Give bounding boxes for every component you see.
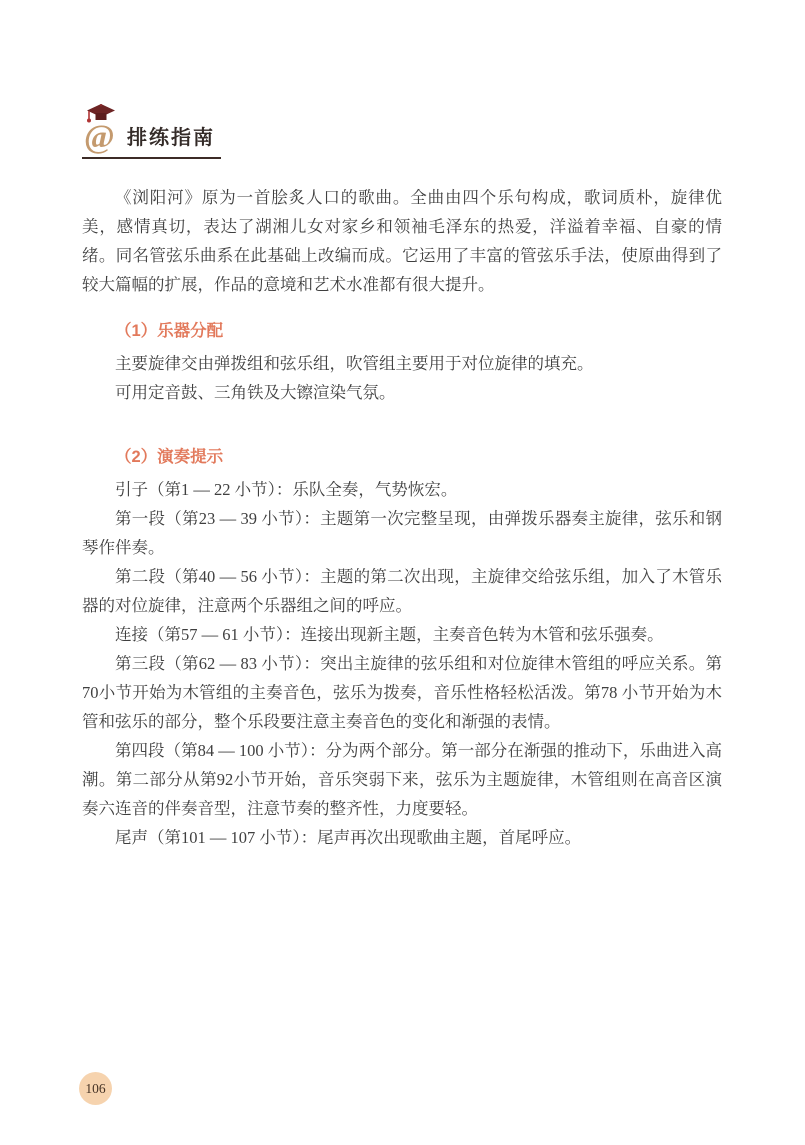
section-paragraph: 第四段（第84 — 100 小节）：分为两个部分。第一部分在渐强的推动下，乐曲进… xyxy=(82,736,722,823)
section-performance-tips: （2）演奏提示 引子（第1 — 22 小节）：乐队全奏，气势恢宏。 第一段（第2… xyxy=(82,445,722,852)
section-instrument-allocation: （1）乐器分配 主要旋律交由弹拨组和弦乐组，吹管组主要用于对位旋律的填充。 可用… xyxy=(82,319,722,407)
section-paragraph: 尾声（第101 — 107 小节）：尾声再次出现歌曲主题，首尾呼应。 xyxy=(82,823,722,852)
section-paragraph: 第三段（第62 — 83 小节）：突出主旋律的弦乐组和对位旋律木管组的呼应关系。… xyxy=(82,649,722,736)
section-paragraph: 第一段（第23 — 39 小节）：主题第一次完整呈现，由弹拨乐器奏主旋律，弦乐和… xyxy=(82,504,722,562)
section-paragraph: 引子（第1 — 22 小节）：乐队全奏，气势恢宏。 xyxy=(82,475,722,504)
intro-paragraph: 《浏阳河》原为一首脍炙人口的歌曲。全曲由四个乐句构成，歌词质朴，旋律优美，感情真… xyxy=(82,183,722,299)
section-paragraph: 第二段（第40 — 56 小节）：主题的第二次出现，主旋律交给弦乐组，加入了木管… xyxy=(82,562,722,620)
guide-header: @ 排练指南 xyxy=(82,104,221,159)
section-paragraph: 可用定音鼓、三角铁及大镲渲染气氛。 xyxy=(82,378,722,407)
section-title: （2）演奏提示 xyxy=(82,445,722,469)
page-number-badge: 106 xyxy=(79,1072,112,1105)
page-content: @ 排练指南 《浏阳河》原为一首脍炙人口的歌曲。全曲由四个乐句构成，歌词质朴，旋… xyxy=(82,104,722,852)
section-paragraph: 主要旋律交由弹拨组和弦乐组，吹管组主要用于对位旋律的填充。 xyxy=(82,349,722,378)
at-icon: @ xyxy=(84,121,115,154)
section-paragraph: 连接（第57 — 61 小节）：连接出现新主题，主奏音色转为木管和弦乐强奏。 xyxy=(82,620,722,649)
page-title: 排练指南 xyxy=(127,128,215,152)
at-graduation-icon: @ xyxy=(84,104,118,152)
section-title: （1）乐器分配 xyxy=(82,319,722,343)
